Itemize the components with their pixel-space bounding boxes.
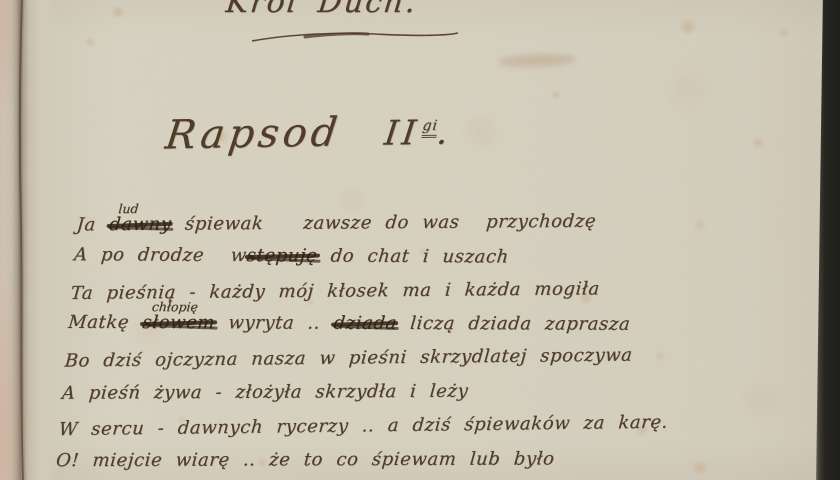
manuscript-line: O! miejcie wiarę .. że to co śpiewam lub… <box>54 447 737 480</box>
rapsod-word: Rapsod <box>163 109 344 158</box>
correction-group: luddawny <box>108 214 172 235</box>
gutter-crease-line <box>0 0 44 480</box>
verse-text: śpiewak zawsze do was przychodzę <box>171 211 597 235</box>
struck-word: dawny <box>108 214 172 235</box>
rapsod-heading: RapsodIIgi. <box>163 108 455 159</box>
struck-word: stępuję <box>246 245 319 266</box>
verse-text: do chat i uszach <box>316 245 509 267</box>
manuscript-line: W sercu - dawnych rycerzy .. a dziś śpie… <box>57 411 740 453</box>
verse-text: A pieśń żywa - złożyła skrzydła i leży <box>61 381 469 404</box>
struck-word: słowem <box>141 312 216 333</box>
manuscript-lines: Ja luddawny śpiewak zawsze do was przych… <box>54 212 758 480</box>
verse-text: liczą dziada zaprasza <box>396 313 631 335</box>
page-title: Król Duch. <box>224 0 419 20</box>
verse-text: A po drodze w <box>73 244 248 266</box>
ink-bleedthrough-smear <box>498 53 576 69</box>
manuscript-scan: Król Duch. RapsodIIgi. Ja luddawny śpiew… <box>0 0 840 480</box>
page-title-text: Król Duch. <box>224 0 419 20</box>
manuscript-line: A pieśń żywa - złożyła skrzydła i leży <box>60 379 743 416</box>
verse-text: Ta pieśnią - każdy mój kłosek ma i każda… <box>70 278 601 304</box>
rapsod-number: IIgi. <box>382 113 454 154</box>
manuscript-line: Bo dziś ojczyzna nasza w pieśni skrzydla… <box>63 344 746 385</box>
manuscript-line: A po drodze wstępuję do chat i uszach <box>72 244 755 281</box>
verse-text: Bo dziś ojczyzna nasza w pieśni skrzydla… <box>64 345 633 372</box>
scan-edge-border <box>814 0 840 480</box>
struck-word: dziada <box>333 313 398 334</box>
verse-text: Ja <box>76 214 110 235</box>
manuscript-line: Ja luddawny śpiewak zawsze do was przych… <box>75 210 758 249</box>
book-gutter <box>0 0 58 480</box>
manuscript-line: Matkę chłopięsłowem wyryta .. dziada lic… <box>66 312 749 348</box>
verse-text: O! miejcie wiarę .. że to co śpiewam lub… <box>55 448 555 471</box>
verse-text: wyryta .. <box>214 313 334 334</box>
correction-group: chłopięsłowem <box>141 312 216 333</box>
title-underline-flourish <box>250 28 460 46</box>
verse-text: Matkę <box>67 312 143 333</box>
